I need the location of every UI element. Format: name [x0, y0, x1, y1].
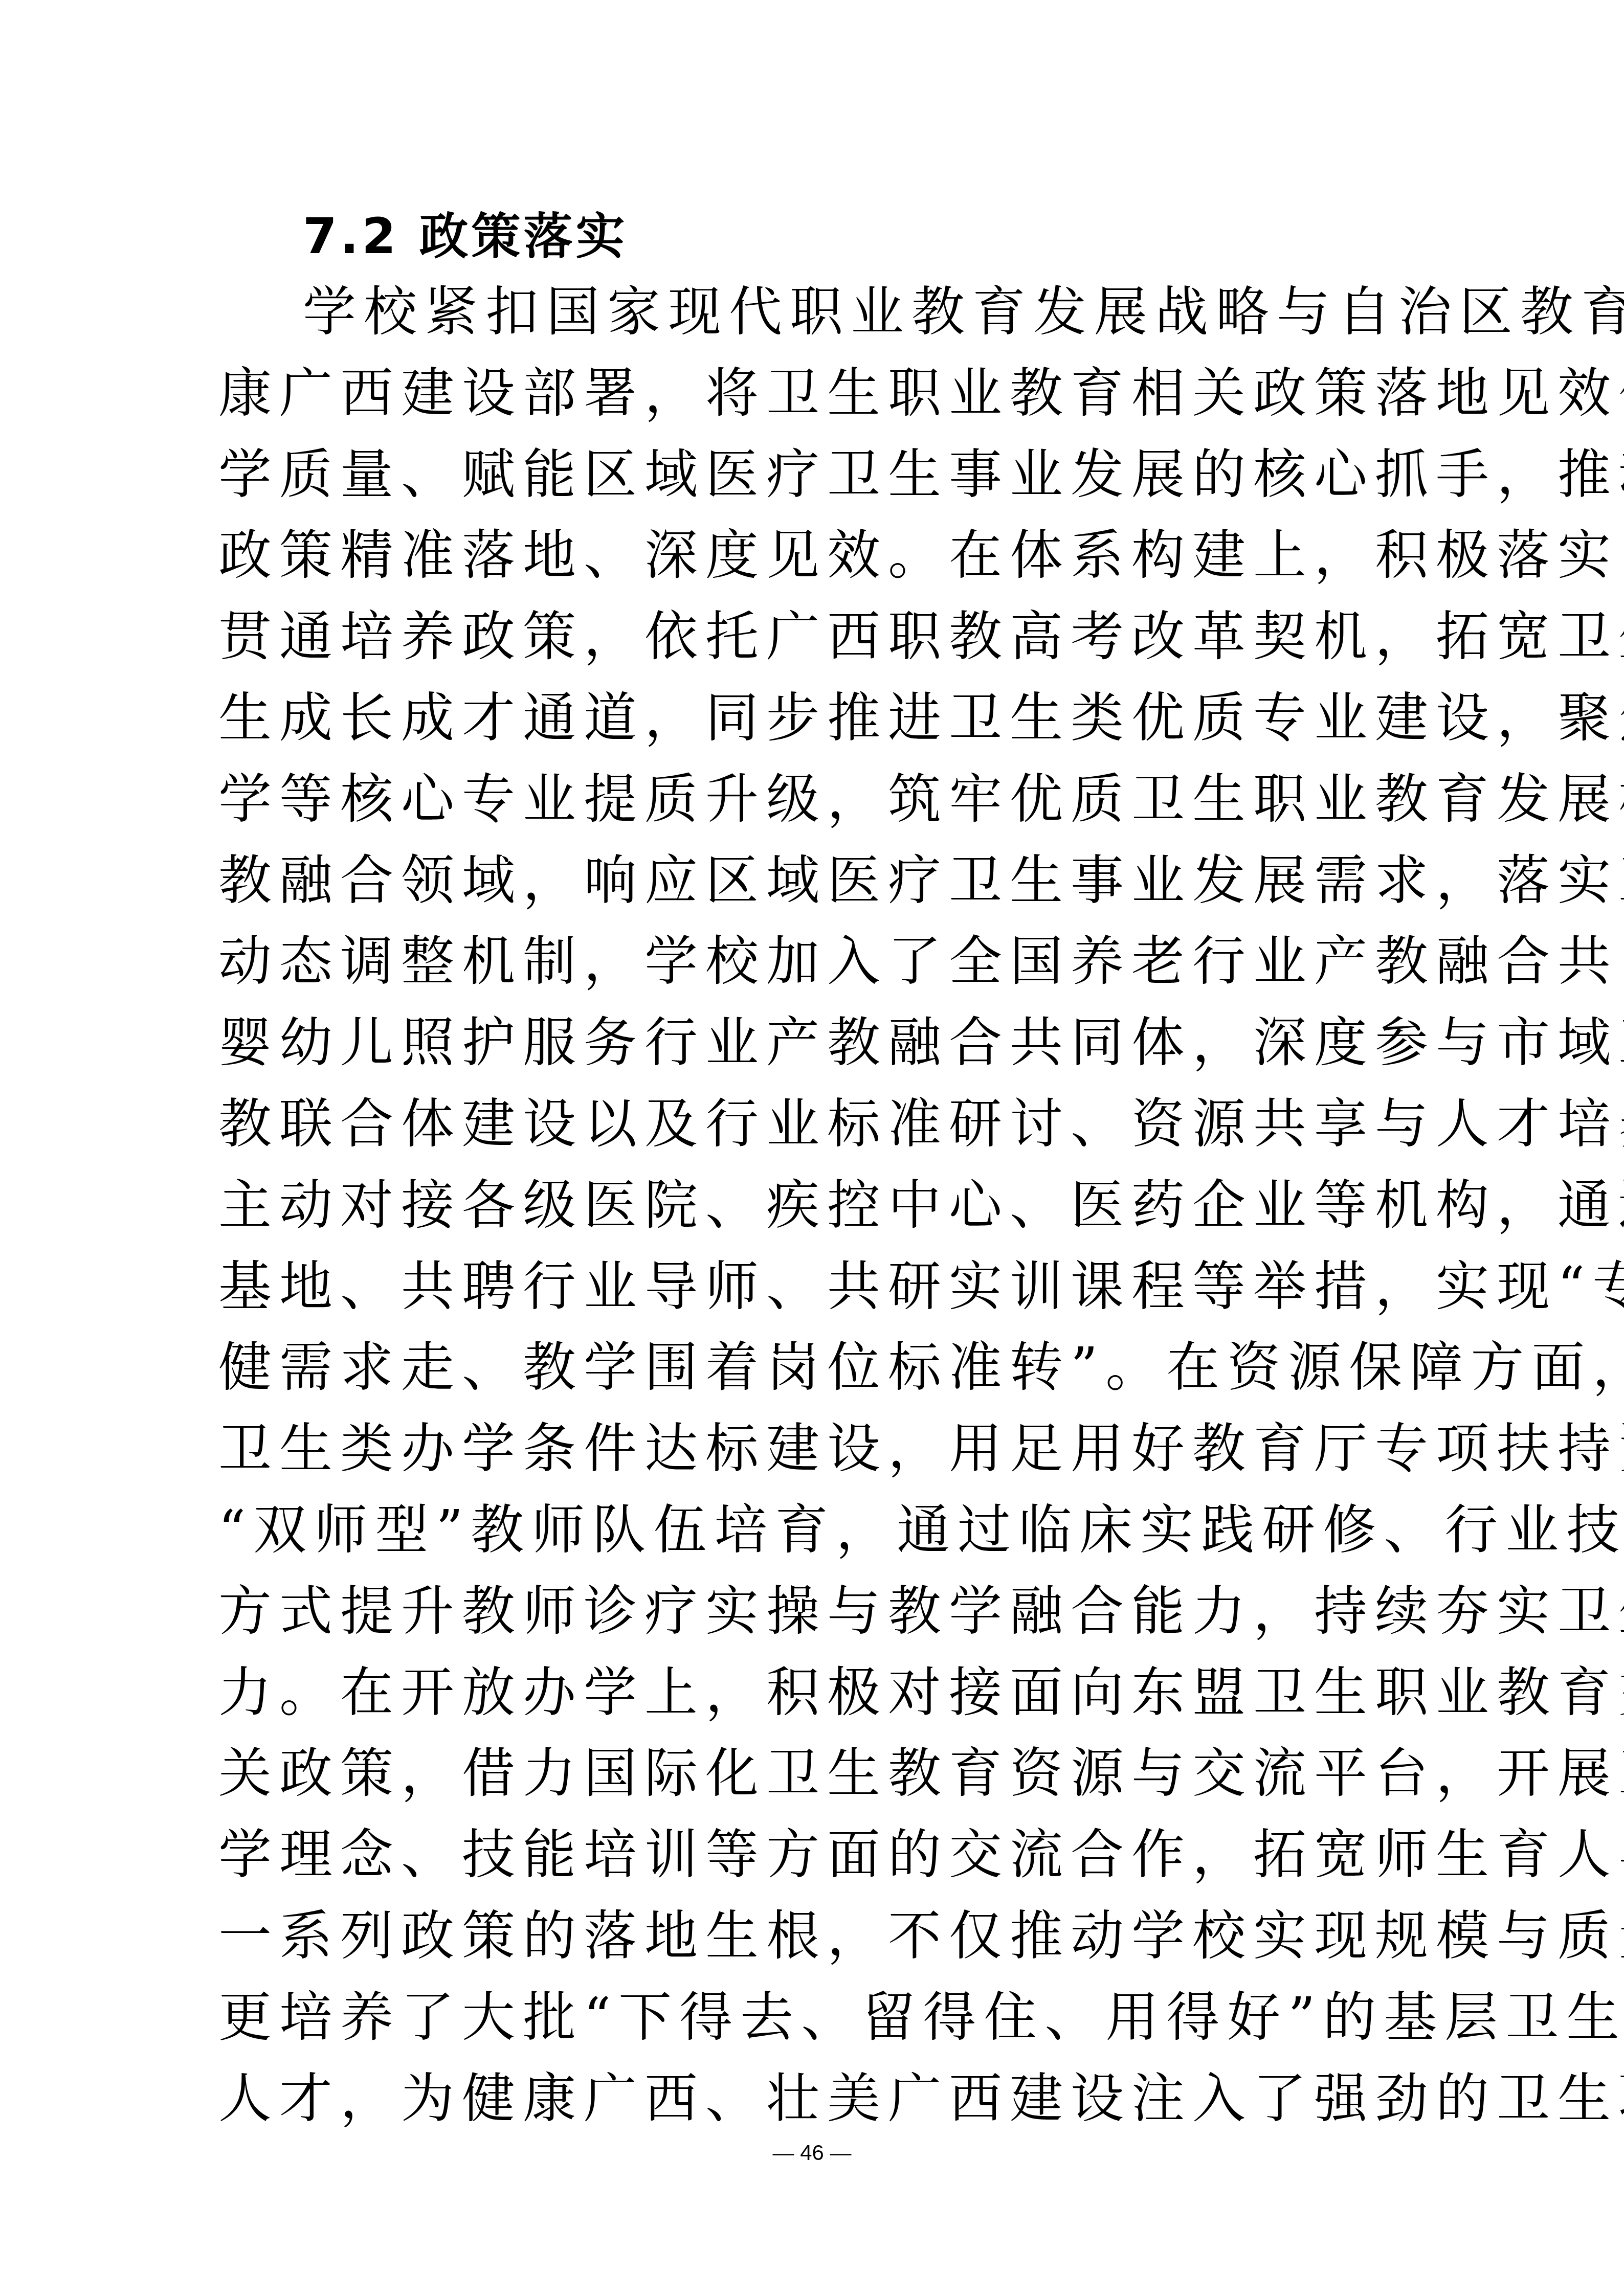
paragraph-line: 学质量、赋能区域医疗卫生事业发展的核心抓手，推动各项扶持	[218, 441, 1441, 523]
paragraph-line: 动态调整机制，学校加入了全国养老行业产教融合共同体、全国	[218, 928, 1441, 1009]
paragraph-line: 学理念、技能培训等方面的交流合作，拓宽师生育人与执业视野。	[218, 1821, 1441, 1903]
paragraph-line: 教联合体建设以及行业标准研讨、资源共享与人才培养模式创新，	[218, 1091, 1441, 1172]
paragraph-line: 力。在开放办学上，积极对接面向东盟卫生职业教育交流合作相	[218, 1659, 1441, 1741]
document-page: 7.2 政策落实 学校紧扣国家现代职业教育发展战略与自治区教育强区、健 康广西建…	[0, 0, 1624, 2296]
paragraph-line: 生成长成才通道，同步推进卫生类优质专业建设，聚焦护理、药	[218, 685, 1441, 766]
section-heading: 7.2 政策落实	[303, 205, 628, 268]
paragraph-line: 卫生类办学条件达标建设，用足用好教育厅专项扶持资金，强化	[218, 1415, 1441, 1497]
paragraph-line: 学校紧扣国家现代职业教育发展战略与自治区教育强区、健	[218, 279, 1441, 360]
paragraph-line: 人才，为健康广西、壮美广西建设注入了强劲的卫生职教动能。	[218, 2065, 1441, 2147]
paragraph-line: 政策精准落地、深度见效。在体系构建上，积极落实中职—高职	[218, 522, 1441, 603]
paragraph-line: 婴幼儿照护服务行业产教融合共同体，深度参与市域卫生健康产	[218, 1009, 1441, 1091]
paragraph-line: 主动对接各级医院、疾控中心、医药企业等机构，通过共建实训	[218, 1172, 1441, 1253]
page-number: — 46 —	[0, 2137, 1624, 2168]
paragraph-line: 健需求走、教学围着岗位标准转”。在资源保障方面，扎实推进	[218, 1334, 1441, 1415]
paragraph-line: 教融合领域，响应区域医疗卫生事业发展需求，落实卫生类专业	[218, 847, 1441, 929]
paragraph-line: 更培养了大批“下得去、留得住、用得好”的基层卫生技术技能	[218, 1984, 1441, 2065]
paragraph-line: 贯通培养政策，依托广西职教高考改革契机，拓宽卫生类专业学	[218, 603, 1441, 685]
paragraph-line: 一系列政策的落地生根，不仅推动学校实现规模与质量的双提升，	[218, 1903, 1441, 1984]
paragraph-line: 学等核心专业提质升级，筑牢优质卫生职业教育发展根基。在产	[218, 766, 1441, 847]
paragraph-line: 关政策，借力国际化卫生教育资源与交流平台，开展卫生专业教	[218, 1740, 1441, 1821]
paragraph-line: 康广西建设部署，将卫生职业教育相关政策落地见效作为提升办	[218, 360, 1441, 441]
body-paragraph: 学校紧扣国家现代职业教育发展战略与自治区教育强区、健 康广西建设部署，将卫生职业…	[218, 279, 1441, 2146]
paragraph-line: “双师型”教师队伍培育，通过临床实践研修、行业技能培训等	[218, 1497, 1441, 1578]
paragraph-line: 方式提升教师诊疗实操与教学融合能力，持续夯实卫生育人硬实	[218, 1578, 1441, 1659]
paragraph-line: 基地、共聘行业导师、共研实训课程等举措，实现“专业跟着卫	[218, 1253, 1441, 1335]
